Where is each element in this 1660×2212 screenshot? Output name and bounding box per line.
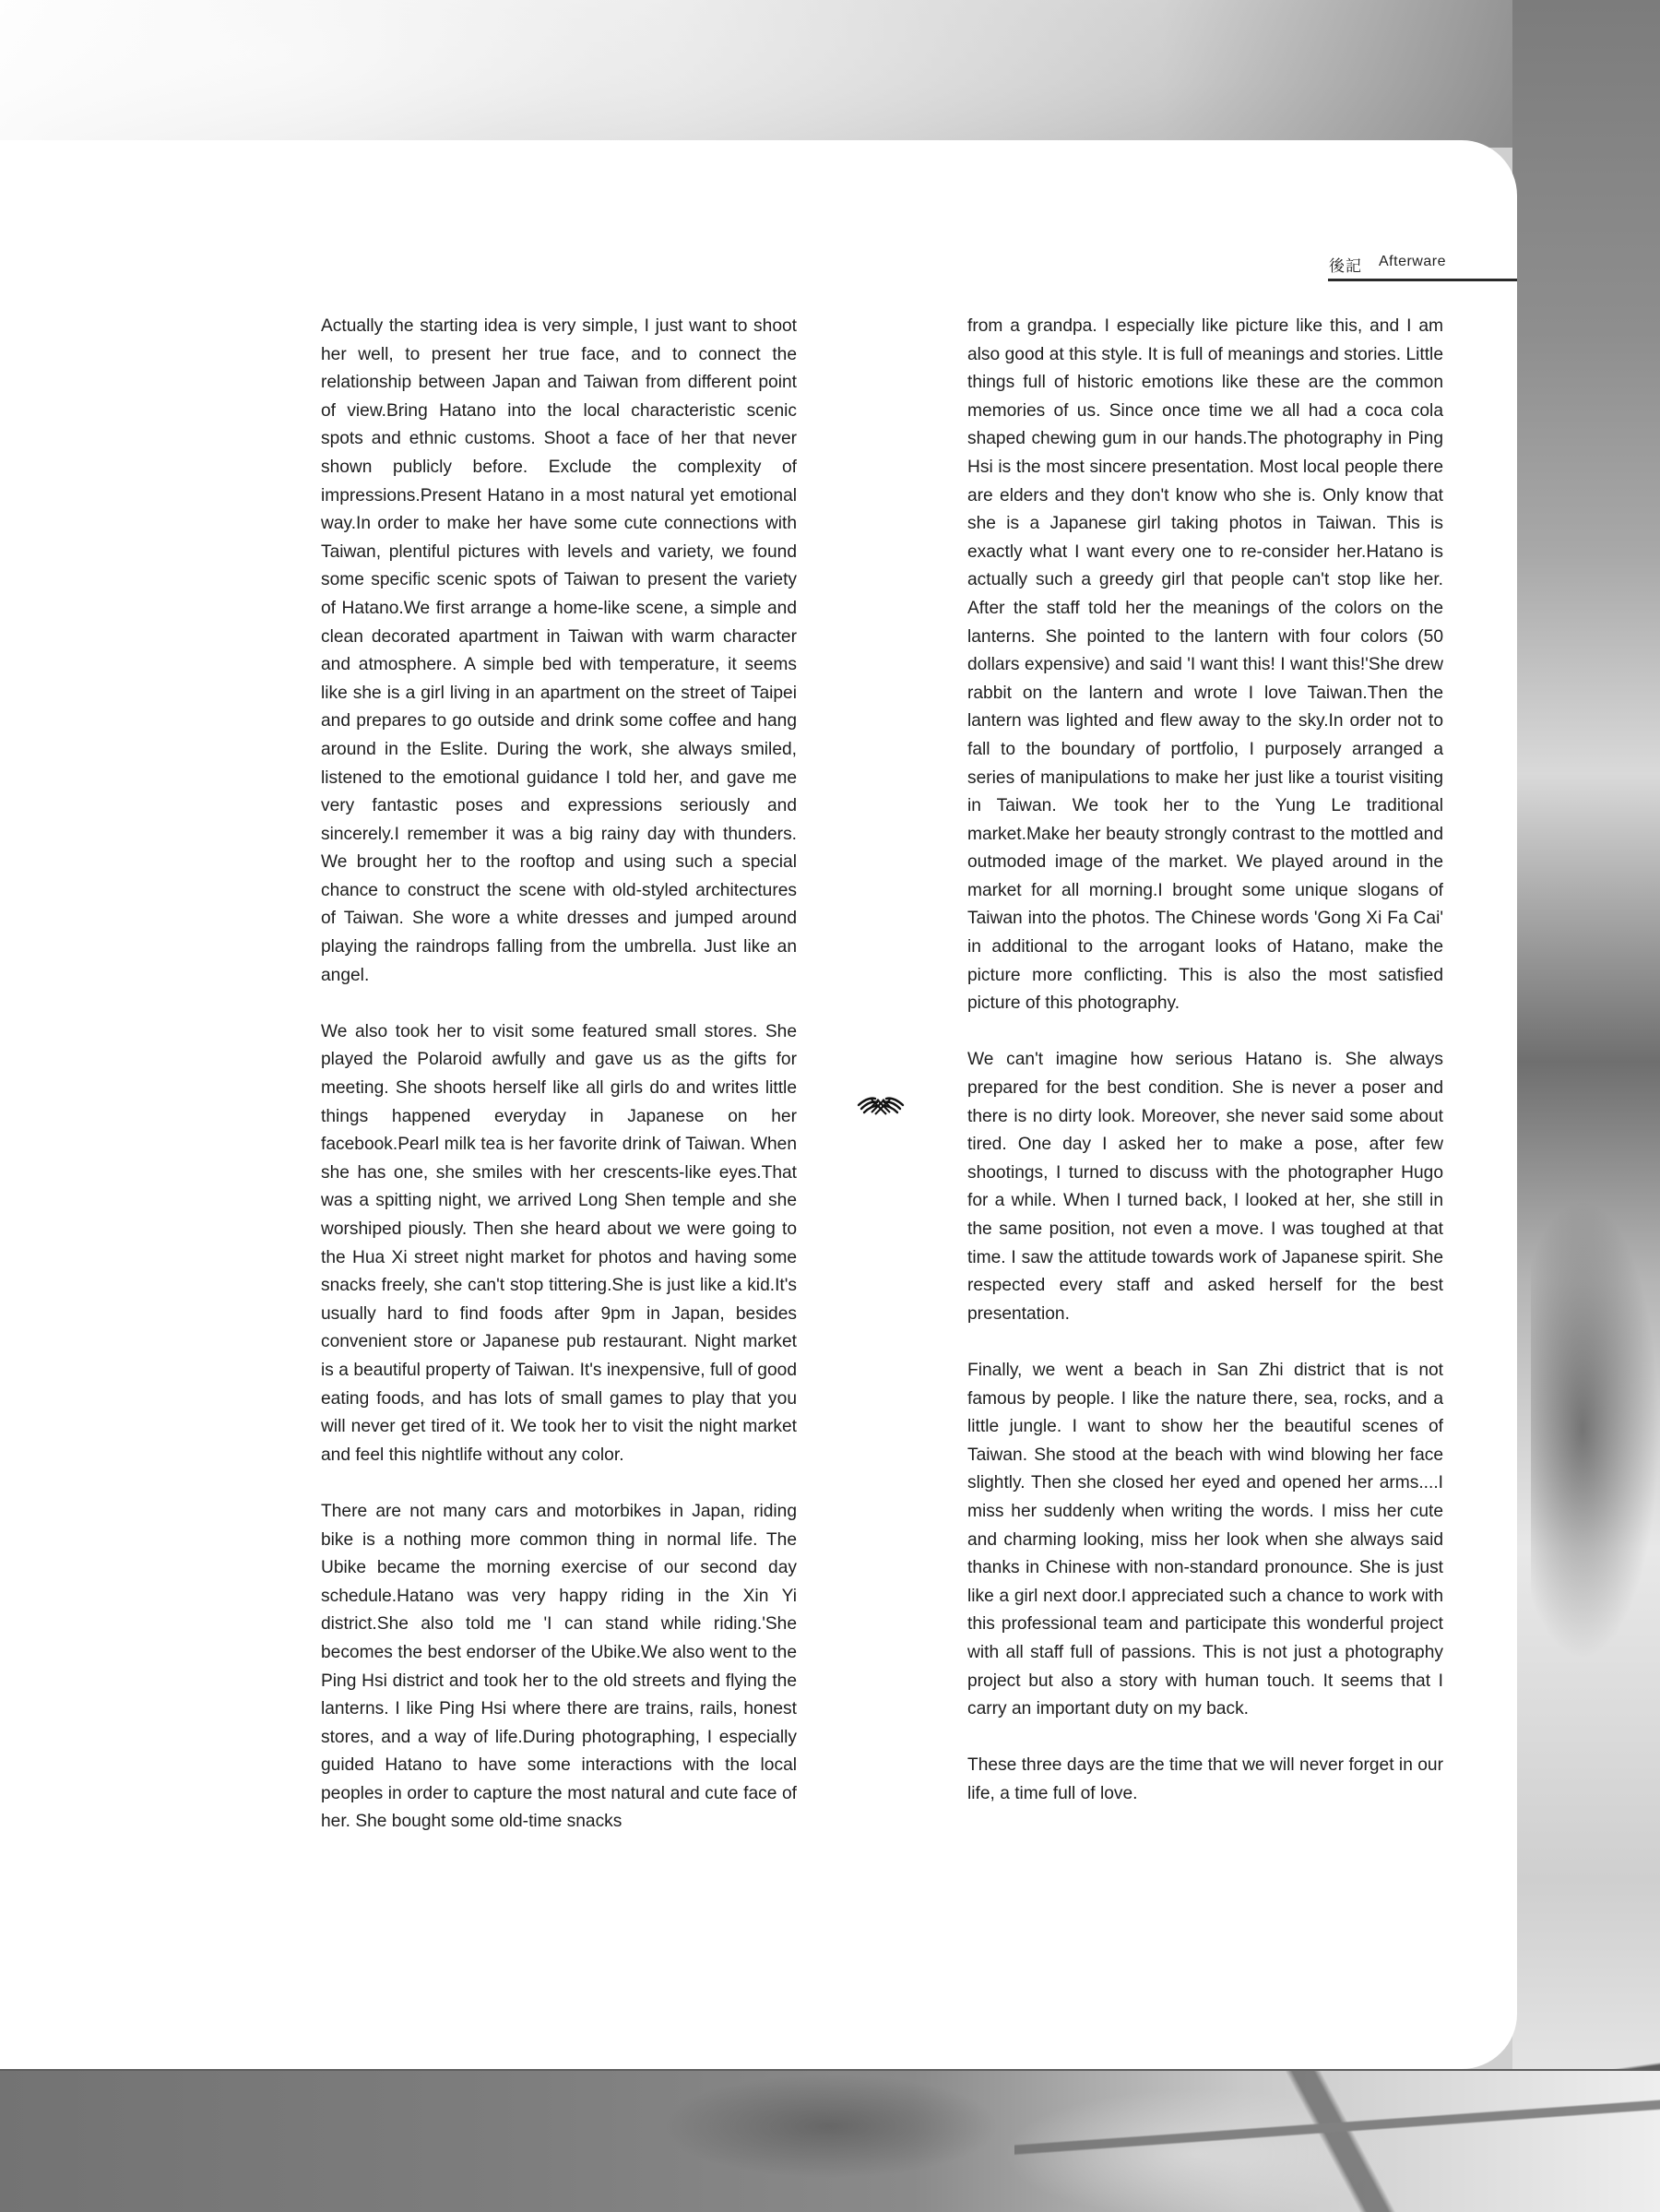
paragraph: Finally, we went a beach in San Zhi dist…	[967, 1357, 1443, 1724]
section-header: 後記 Afterware	[1328, 251, 1517, 282]
paragraph: We also took her to visit some featured …	[321, 1018, 797, 1470]
section-title-chinese: 後記	[1329, 253, 1362, 276]
left-text-column: Actually the starting idea is very simpl…	[321, 313, 797, 1837]
background-photo-bottom	[0, 2069, 1660, 2212]
wing-fan-ornament-icon	[855, 1093, 907, 1119]
header-rule	[1328, 279, 1517, 281]
paragraph: There are not many cars and motorbikes i…	[321, 1498, 797, 1837]
paragraph: These three days are the time that we wi…	[967, 1752, 1443, 1808]
right-text-column: from a grandpa. I especially like pictur…	[967, 313, 1443, 1808]
paragraph: from a grandpa. I especially like pictur…	[967, 313, 1443, 1018]
section-title-english: Afterware	[1379, 254, 1446, 270]
background-photo-right	[1512, 0, 1660, 2212]
paragraph: We can't imagine how serious Hatano is. …	[967, 1046, 1443, 1328]
paragraph: Actually the starting idea is very simpl…	[321, 313, 797, 990]
background-photo-top	[0, 0, 1660, 148]
